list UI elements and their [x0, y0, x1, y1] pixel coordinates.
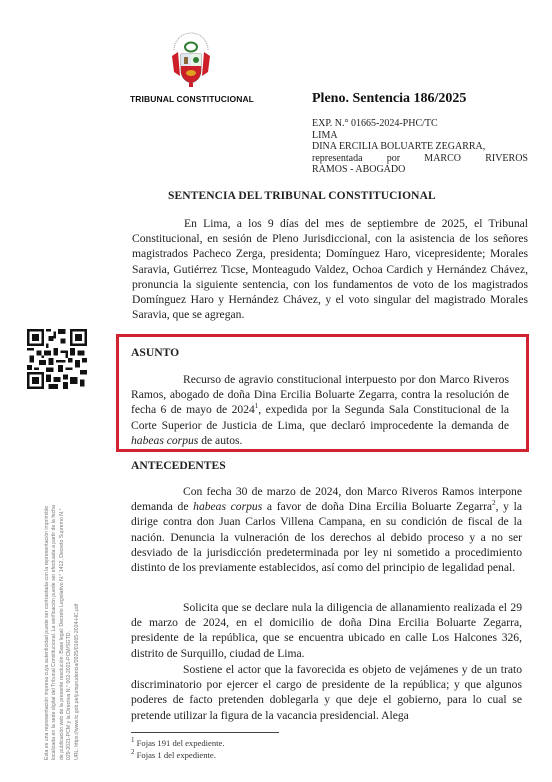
- case-city: LIMA: [312, 130, 528, 142]
- qr-code-icon[interactable]: [27, 329, 87, 389]
- verification-line: localizada en la sede digital del Tribun…: [51, 415, 58, 760]
- document-page: TRIBUNAL CONSTITUCIONAL Pleno. Sentencia…: [0, 0, 552, 782]
- footnote-number: 1: [131, 736, 135, 744]
- verification-line: 029-2021-PCM y la Directiva N.° 002-2021…: [66, 415, 73, 760]
- verification-line: de publicación web de la presente resolu…: [59, 415, 66, 760]
- intro-text: En Lima, a los 9 días del mes de septiem…: [132, 217, 528, 321]
- section-heading-asunto: ASUNTO: [131, 346, 179, 359]
- verification-line: Esta es una representación impresa cuya …: [44, 415, 51, 760]
- asunto-italic: habeas corpus: [131, 434, 198, 447]
- document-title: SENTENCIA DEL TRIBUNAL CONSTITUCIONAL: [168, 190, 436, 202]
- section-heading-antecedentes: ANTECEDENTES: [131, 459, 226, 472]
- footnote-separator: [131, 732, 279, 733]
- footnote-number: 2: [131, 748, 135, 756]
- footnote-1: 1 Fojas 191 del expediente.: [131, 738, 224, 750]
- antecedentes-paragraph-1: Con fecha 30 de marzo de 2024, don Marco…: [131, 484, 522, 575]
- antec-text-b: a favor de doña Dina Ercilia Boluarte Ze…: [262, 500, 492, 513]
- verification-notice: Esta es una representación impresa cuya …: [44, 415, 81, 760]
- antecedentes-paragraph-2: Solicita que se declare nula la diligenc…: [131, 600, 522, 661]
- footnotes: 1 Fojas 191 del expediente. 2 Fojas 1 de…: [131, 738, 224, 761]
- case-number: EXP. N.° 01665-2024-PHC/TC: [312, 118, 528, 130]
- footnote-2: 2 Fojas 1 del expediente.: [131, 750, 224, 762]
- case-representative-cont: RAMOS - ABOGADO: [312, 164, 528, 176]
- peru-coat-of-arms-icon: [166, 30, 216, 92]
- footnote-text: Fojas 191 del expediente.: [137, 738, 225, 748]
- case-party: DINA ERCILIA BOLUARTE ZEGARRA,: [312, 141, 528, 153]
- case-header: EXP. N.° 01665-2024-PHC/TC LIMA DINA ERC…: [312, 118, 528, 176]
- asunto-text-c: de autos.: [198, 434, 242, 447]
- case-representative: representada por MARCO RIVEROS: [312, 153, 528, 165]
- footnote-text: Fojas 1 del expediente.: [137, 750, 216, 760]
- asunto-paragraph: Recurso de agravio constitucional interp…: [131, 372, 509, 448]
- verification-url[interactable]: URL: https://www.tc.gob.pe/jurisprudenci…: [74, 415, 81, 760]
- intro-paragraph: En Lima, a los 9 días del mes de septiem…: [132, 216, 528, 322]
- antec-italic: habeas corpus: [193, 500, 262, 513]
- institution-name: TRIBUNAL CONSTITUCIONAL: [130, 94, 252, 104]
- antec-p2-text: Solicita que se declare nula la diligenc…: [131, 601, 522, 660]
- institution-logo: TRIBUNAL CONSTITUCIONAL: [130, 30, 252, 104]
- antec-p3-text: Sostiene el actor que la favorecida es o…: [131, 663, 522, 722]
- sentence-number: Pleno. Sentencia 186/2025: [312, 91, 466, 107]
- antecedentes-paragraph-3: Sostiene el actor que la favorecida es o…: [131, 662, 522, 723]
